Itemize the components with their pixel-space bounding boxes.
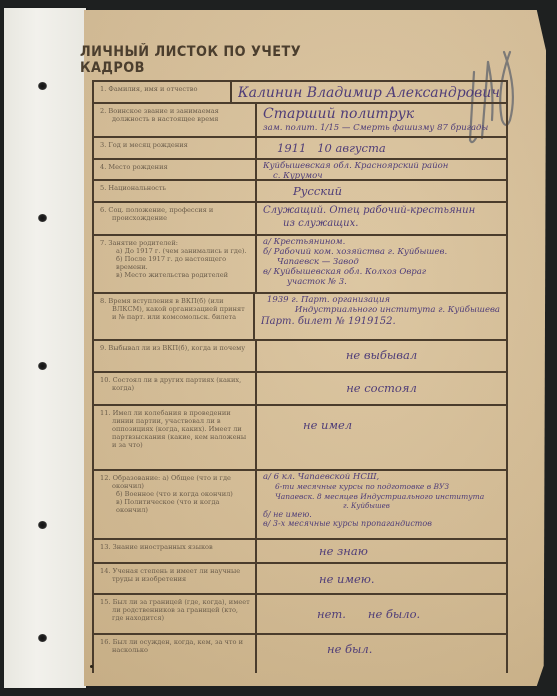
field-row-11: 11. Имел ли колебания в проведении линии… [94,406,506,471]
field-row-13: 13. Знание иностранных языков не знаю [94,540,506,564]
field-label: 13. Знание иностранных языков [94,540,257,562]
binder-hole [38,82,47,90]
field-row-6: 6. Соц. положение, профессия и происхожд… [94,203,506,236]
field-label: 11. Имел ли колебания в проведении линии… [94,406,257,469]
binder-hole [38,214,47,222]
field-row-14: 14. Ученая степень и имеет ли научные тр… [94,564,506,595]
field-label: 16. Был ли осужден, когда, кем, за что и… [94,635,257,673]
field-value: не состоял [257,373,506,404]
binding-strip [4,8,86,688]
field-row-7: 7. Занятие родителей: а) До 1917 г. (чем… [94,236,506,294]
field-label: 2. Воинское звание и занимаемая должност… [94,104,257,136]
field-value: не был. [257,635,506,673]
binder-hole [38,521,47,529]
field-row-4: 4. Место рождения Куйбышевская обл. Крас… [94,160,506,181]
field-label: 9. Выбывал ли из ВКП(б), когда и почему [94,341,257,371]
field-row-9: 9. Выбывал ли из ВКП(б), когда и почему … [94,341,506,373]
field-value: 1939 г. Парт. организация Индустриальног… [255,294,506,339]
form-title: ЛИЧНЫЙ ЛИСТОК ПО УЧЕТУ КАДРОВ [80,44,356,76]
field-label: 8. Время вступления в ВКП(б) (или ВЛКСМ)… [94,294,255,339]
field-label: 10. Состоял ли в других партиях (каких, … [94,373,257,404]
field-row-12: 12. Образование: а) Общее (что и где око… [94,471,506,540]
field-value: Старший политрук зам. полит. 1/15 — Смер… [257,104,506,136]
personnel-form-table: 1. Фамилия, имя и отчество Калинин Влади… [92,80,508,673]
field-label: 3. Год и месяц рождения [94,138,257,158]
field-row-3: 3. Год и месяц рождения 1911 10 августа [94,138,506,160]
field-label: 12. Образование: а) Общее (что и где око… [94,471,257,538]
field-label: 5. Национальность [94,181,257,201]
field-value: не имею. [257,564,506,593]
field-row-5: 5. Национальность Русский [94,181,506,203]
field-value: 1911 10 августа [257,138,506,158]
field-row-8: 8. Время вступления в ВКП(б) (или ВЛКСМ)… [94,294,506,341]
binder-hole [38,634,47,642]
field-row-16: 16. Был ли осужден, когда, кем, за что и… [94,635,506,673]
field-label: 4. Место рождения [94,160,257,179]
field-label: 15. Был ли за границей (где, когда), име… [94,595,257,633]
field-value: Служащий. Отец рабочий-крестьянин из слу… [257,203,506,234]
field-row-2: 2. Воинское звание и занимаемая должност… [94,104,506,138]
field-value: а/ Крестьянином. б/ Рабочий ком. хозяйст… [257,236,506,292]
field-value: не выбывал [257,341,506,371]
field-value: Калинин Владимир Александрович [232,82,506,102]
field-label: 6. Соц. положение, профессия и происхожд… [94,203,257,234]
field-row-15: 15. Был ли за границей (где, когда), име… [94,595,506,635]
binder-hole [38,362,47,370]
field-label: 14. Ученая степень и имеет ли научные тр… [94,564,257,593]
field-label: 1. Фамилия, имя и отчество [94,82,232,102]
field-label: 7. Занятие родителей: а) До 1917 г. (чем… [94,236,257,292]
field-row-1: 1. Фамилия, имя и отчество Калинин Влади… [94,80,506,104]
field-row-10: 10. Состоял ли в других партиях (каких, … [94,373,506,406]
field-value: не знаю [257,540,506,562]
paper-mark [90,665,93,668]
field-value: а/ 6 кл. Чапаевской НСШ, 6-ти месячные к… [257,471,506,538]
field-value: нет. не было. [257,595,506,633]
field-value: Русский [257,181,506,201]
field-value: не имел [257,406,506,469]
field-value: Куйбышевская обл. Красноярский район с. … [257,160,506,179]
